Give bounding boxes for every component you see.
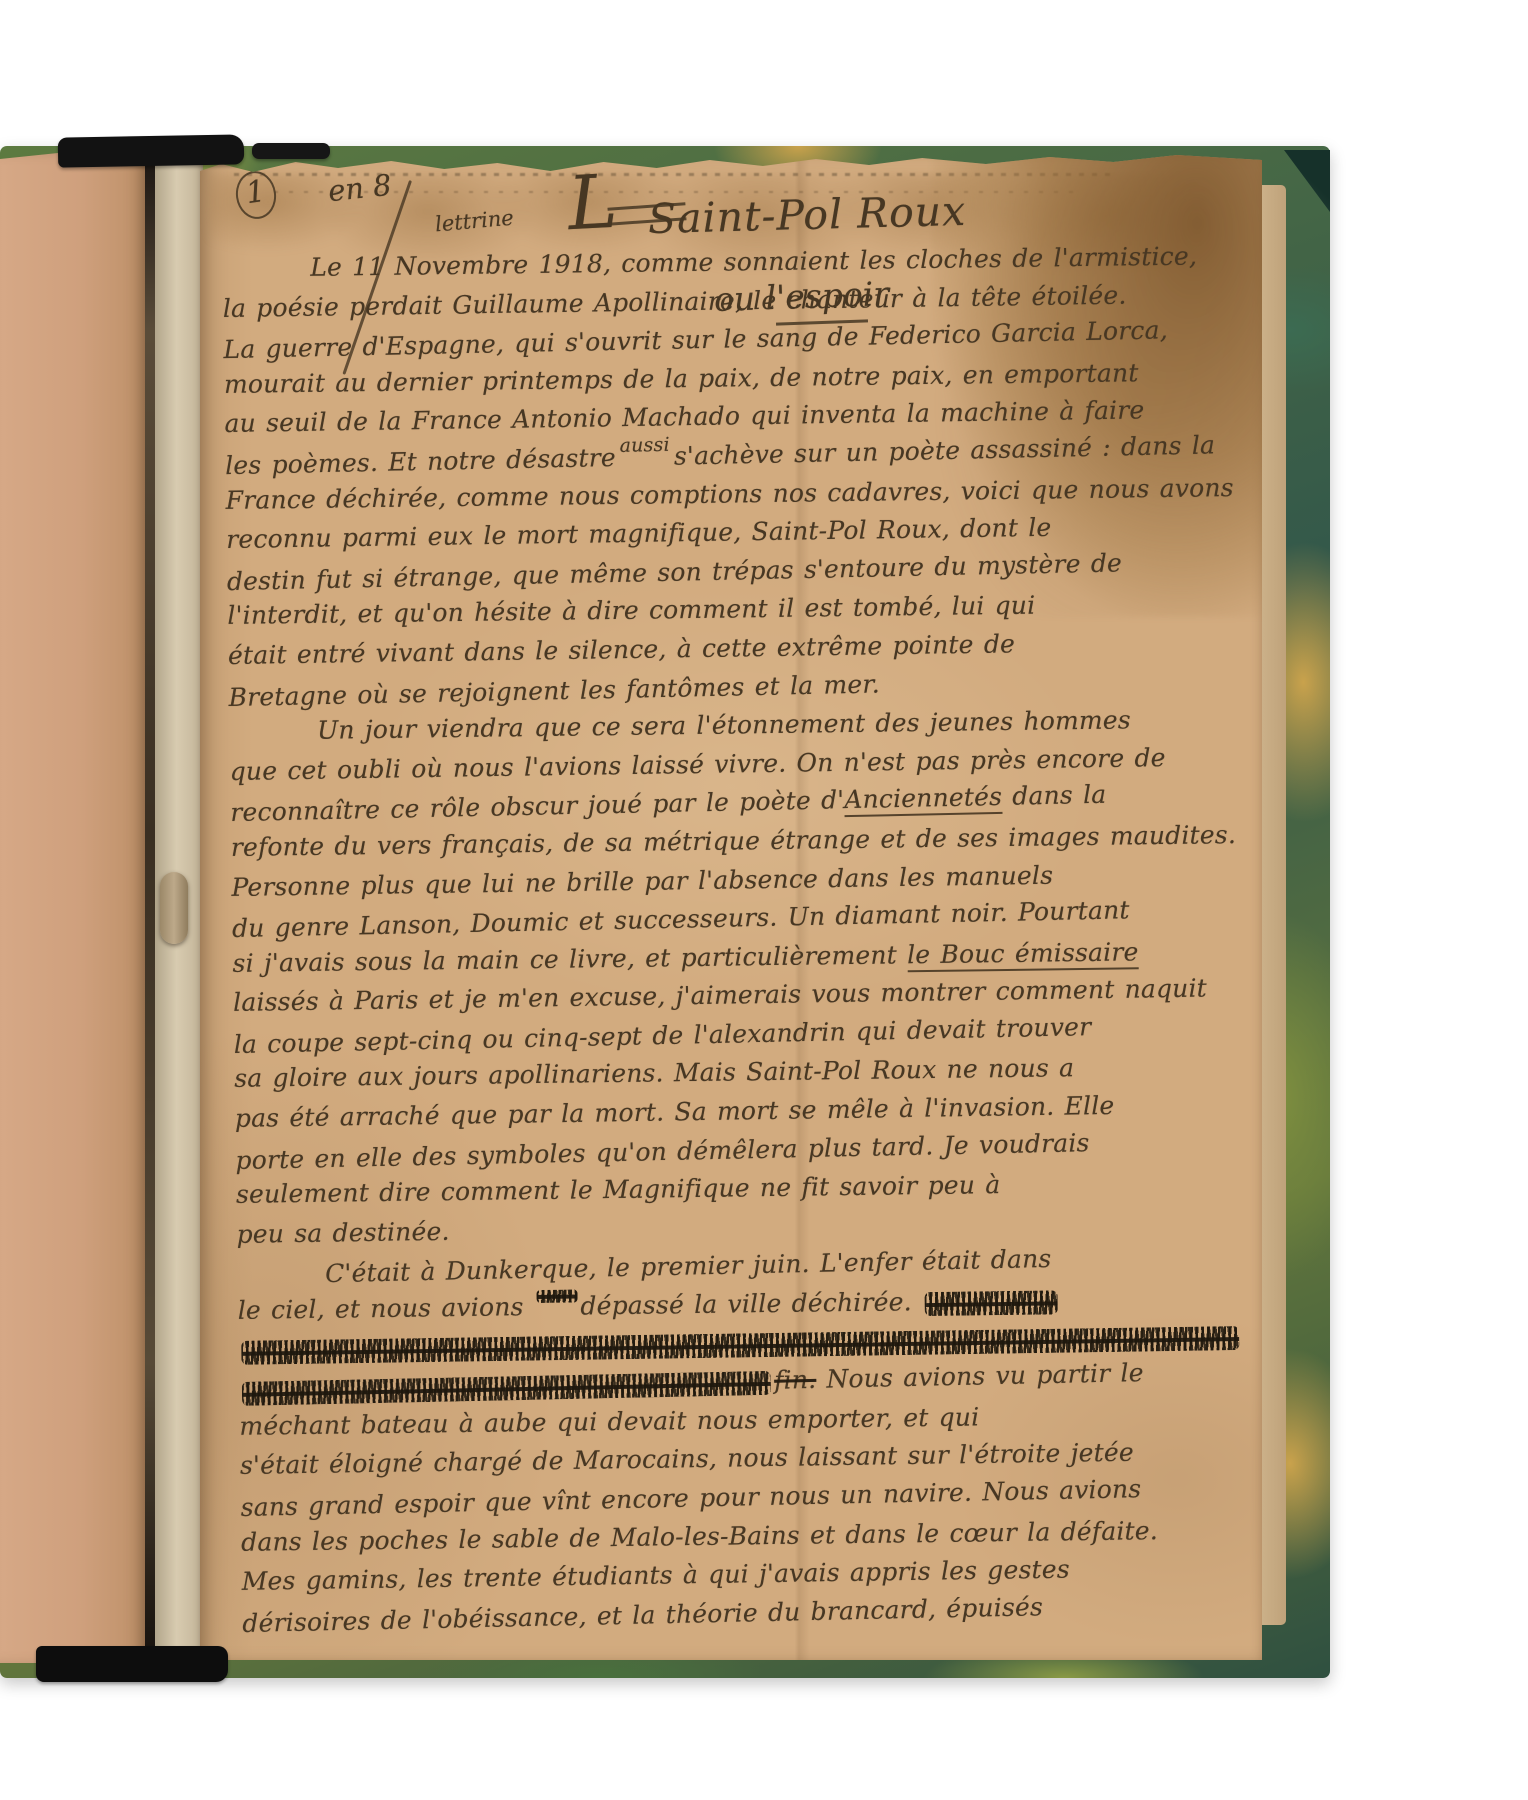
format-annotation: en 8 (326, 168, 393, 208)
text-segment: les poèmes. Et notre désastre (225, 443, 616, 480)
manuscript-title: Saint-Pol Roux (647, 187, 966, 243)
text-segment: reconnaître ce rôle obscur joué par le p… (230, 786, 845, 828)
text-segment: Un jour viendra que ce sera l'étonnement… (317, 706, 1131, 745)
scribble-strikeout (536, 1290, 577, 1304)
spine-tape-top-small (252, 143, 330, 159)
lettrine-annotation: lettrine (434, 206, 515, 237)
binding-gutter (145, 150, 155, 1666)
text-segment: était entré vivant dans le silence, à ce… (228, 629, 1015, 670)
text-segment: seulement dire comment le Magnifique ne … (236, 1170, 1001, 1209)
text-segment: s'achève sur un poète assassiné : dans l… (674, 430, 1216, 470)
text-segment: refonte du vers français, de sa métrique… (231, 820, 1237, 862)
text-segment: sa gloire aux jours apollinariens. Mais … (234, 1054, 1074, 1094)
spine-tape-bottom (36, 1646, 228, 1682)
underlined-text: le Bouc émissaire (907, 937, 1139, 972)
manuscript-page: 1 en 8 lettrine L Saint-Pol Roux ou l'es… (200, 155, 1262, 1660)
photo-of-open-manuscript-book: 1 en 8 lettrine L Saint-Pol Roux ou l'es… (0, 0, 1528, 1800)
circled-page-number: 1 (233, 168, 279, 221)
text-segment: fin. (774, 1365, 817, 1395)
text-segment: Le 11 Novembre 1918, comme sonnaient les… (310, 242, 1197, 282)
text-segment: dans la (1002, 780, 1107, 811)
lettrine-L-mark: L (566, 162, 619, 244)
text-segment: le ciel, et nous avions (238, 1292, 534, 1325)
text-segment: dépassé la ville déchirée. (580, 1287, 922, 1320)
text-segment: dans les poches le sable de Malo-les-Bai… (241, 1516, 1158, 1557)
left-blank-page (0, 153, 145, 1663)
text-segment: peu sa destinée. (236, 1217, 449, 1249)
text-segment: mourait au dernier printemps de la paix,… (224, 358, 1139, 399)
text-segment: l'interdit, et qu'on hésite à dire comme… (227, 591, 1035, 630)
scribble-strikeout (925, 1290, 1058, 1316)
binding-cord (160, 872, 188, 944)
text-segment: méchant bateau à aube qui devait nous em… (239, 1402, 979, 1440)
manuscript-text-block: Le 11 Novembre 1918, comme sonnaient les… (222, 236, 1260, 1640)
scribble-strikeout (242, 1371, 772, 1406)
text-segment: Nous avions vu partir le (816, 1358, 1144, 1394)
underlined-text: Anciennetés (844, 782, 1002, 817)
text-segment: si j'avais sous la main ce livre, et par… (232, 940, 907, 978)
spine-tape-top (58, 134, 244, 167)
inserted-word: aussi (619, 426, 670, 466)
